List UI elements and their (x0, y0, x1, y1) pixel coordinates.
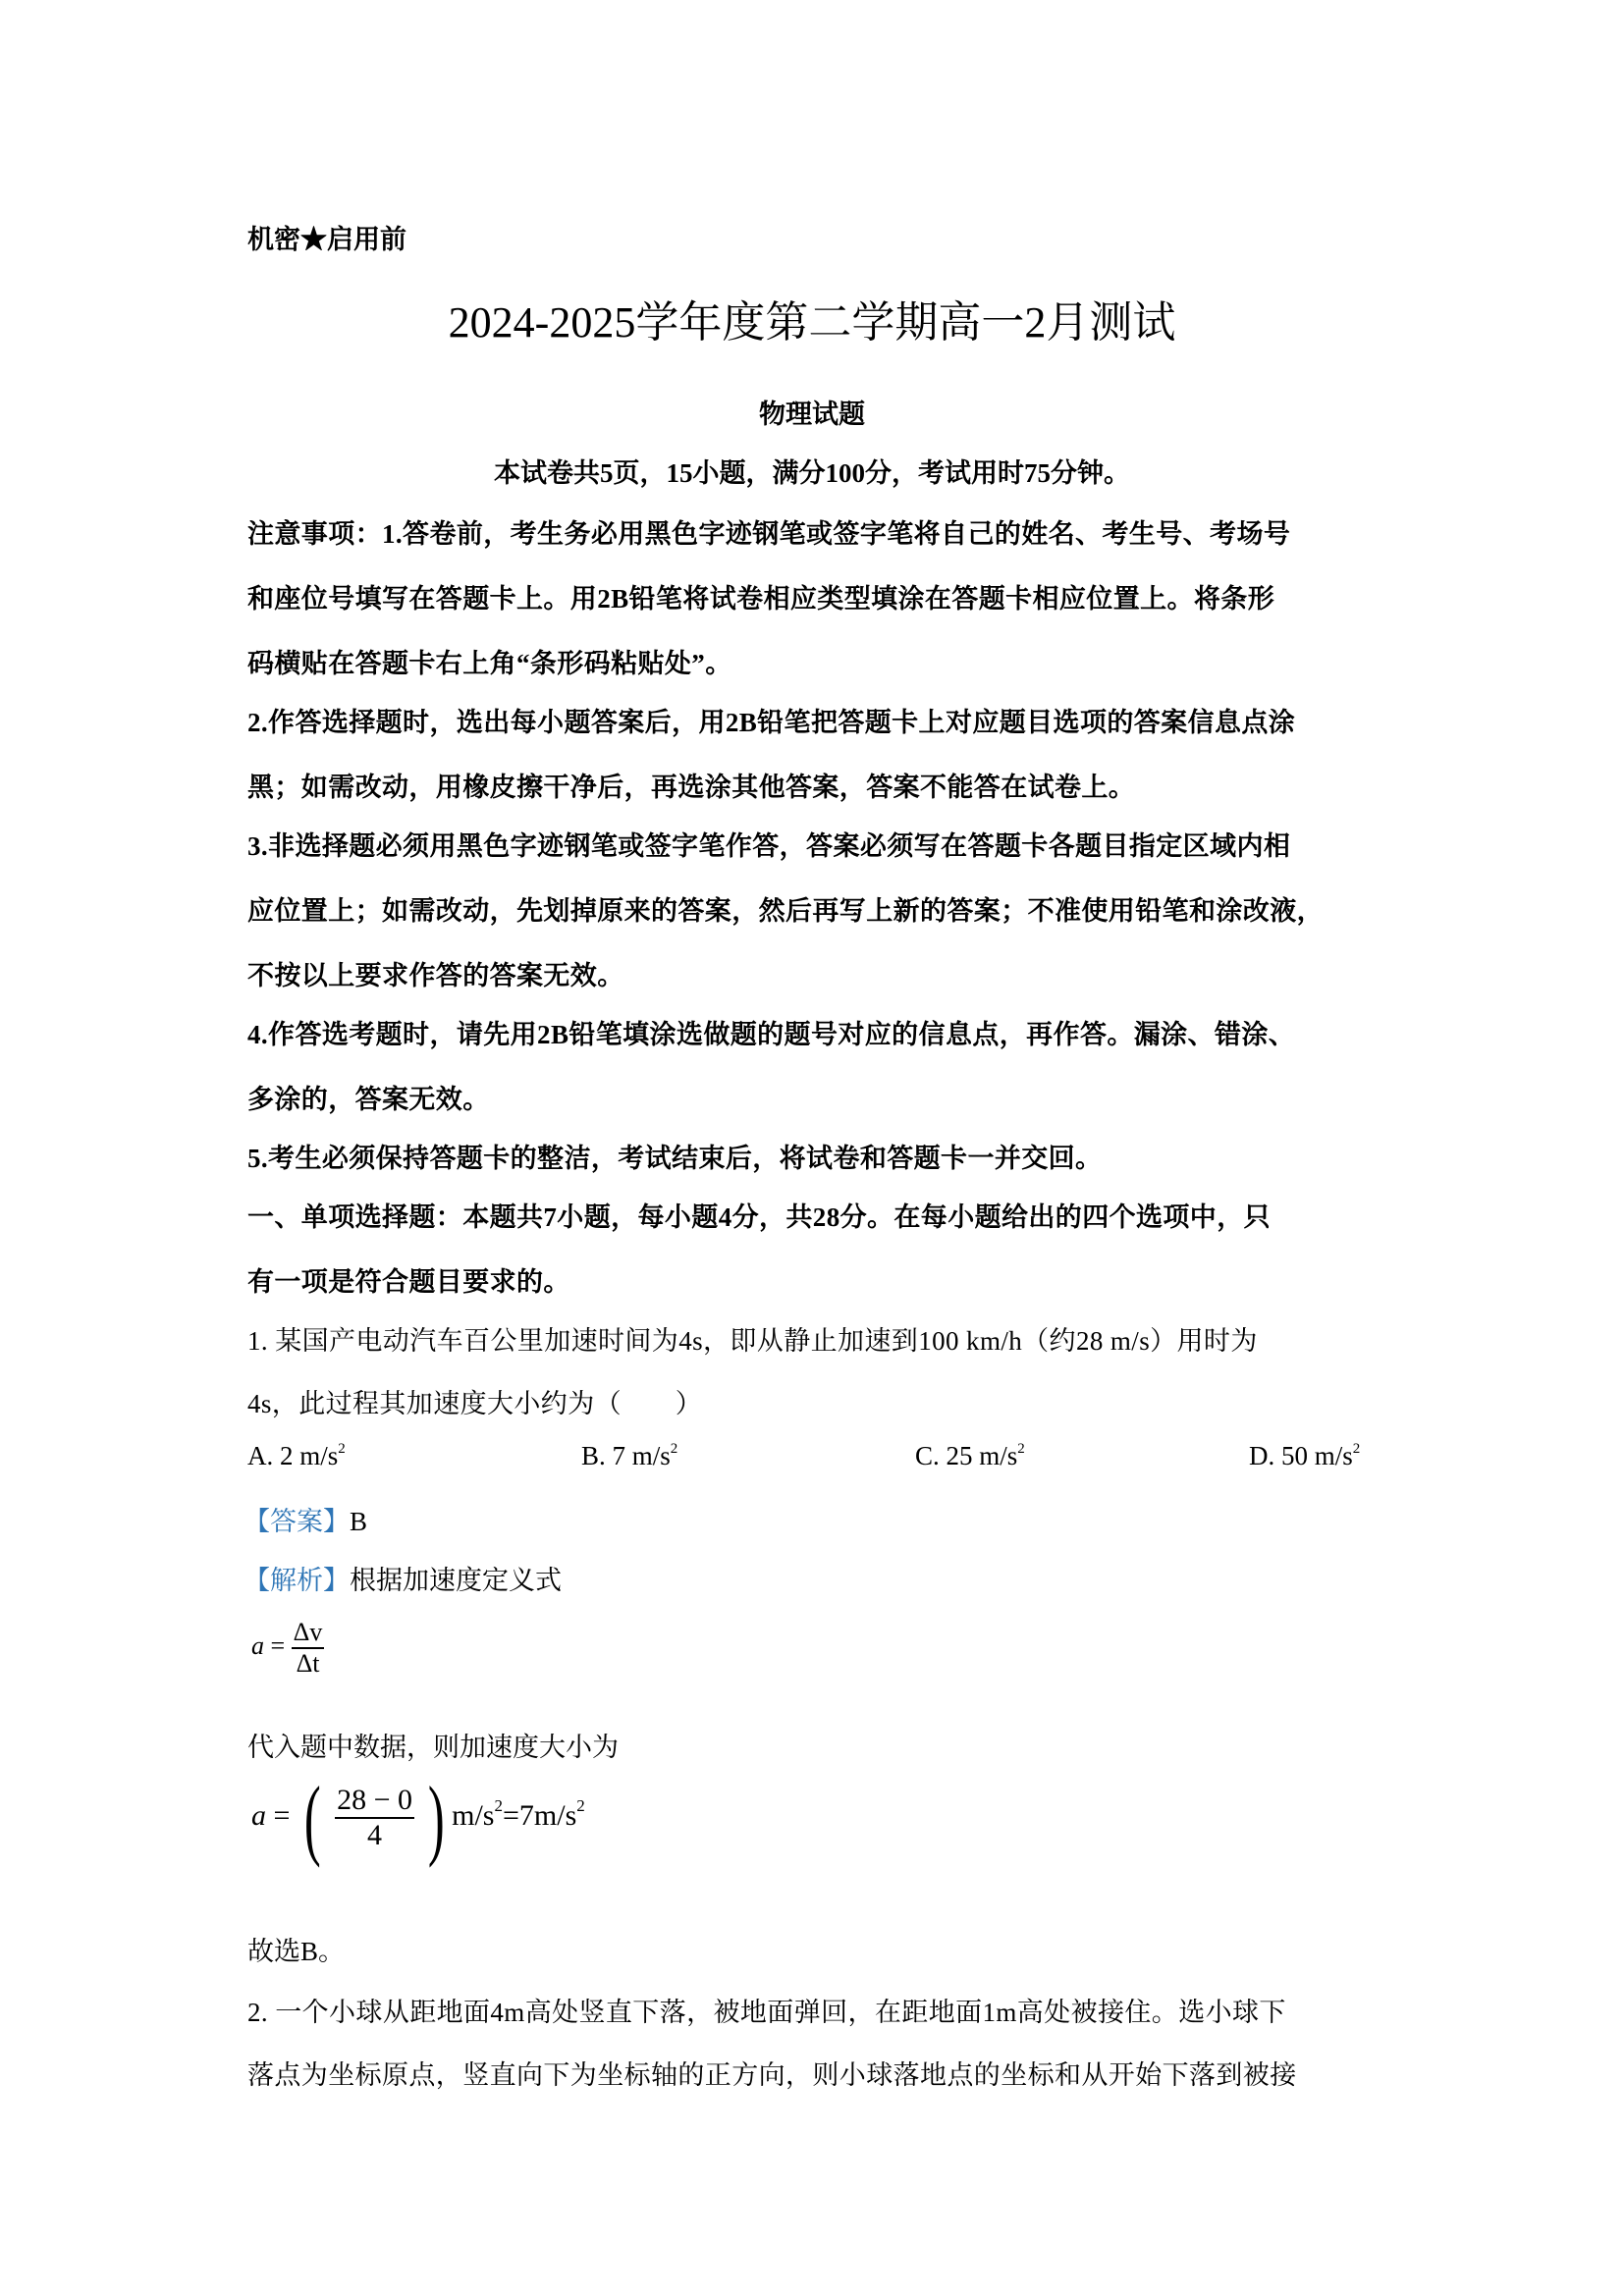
formula-acceleration-result: a = ( 28 − 0 4 )m/s2=7m/s2 (251, 1773, 585, 1863)
fraction: Δv Δt (292, 1618, 325, 1679)
answer-tag: 答案 (270, 1507, 323, 1536)
analysis-line: 【解析】根据加速度定义式 (244, 1559, 562, 1597)
question-1-stem: 1. 某国产电动汽车百公里加速时间为4s，即从静止加速到100 km/h（约28… (247, 1319, 1258, 1358)
notice-line: 注意事项：1.答卷前，考生务必用黑色字迹钢笔或签字笔将自己的姓名、考生号、考场号 (247, 512, 1290, 551)
conclusion-text: 故选B。 (247, 1930, 345, 1968)
exam-page: 机密★启用前 2024-2025学年度第二学期高一2月测试 物理试题 本试卷共5… (0, 0, 1624, 2296)
notice-line: 不按以上要求作答的答案无效。 (247, 954, 624, 992)
analysis-text: 根据加速度定义式 (350, 1566, 562, 1595)
bracket-close-icon: 】 (323, 1566, 350, 1595)
notice-line: 3.非选择题必须用黑色字迹钢笔或签字笔作答，答案必须写在答题卡各题目指定区域内相 (247, 825, 1290, 863)
option-c: C. 25 m/s2 (915, 1441, 1025, 1471)
notice-line: 黑；如需改动，用橡皮擦干净后，再选涂其他答案，答案不能答在试卷上。 (247, 766, 1135, 804)
subject-title: 物理试题 (0, 393, 1624, 431)
section-heading: 一、单项选择题：本题共7小题，每小题4分，共28分。在每小题给出的四个选项中，只 (247, 1196, 1271, 1234)
bracket-close-icon: 】 (323, 1507, 350, 1536)
question-2-stem: 落点为坐标原点，竖直向下为坐标轴的正方向，则小球落地点的坐标和从开始下落到被接 (247, 2054, 1297, 2092)
question-1-stem: 4s，此过程其加速度大小约为（ ） (247, 1382, 702, 1420)
notice-line: 码横贴在答题卡右上角“条形码粘贴处”。 (247, 642, 732, 680)
section-heading: 有一项是符合题目要求的。 (247, 1260, 570, 1299)
answer-line: 【答案】B (244, 1500, 367, 1538)
analysis-tag: 解析 (270, 1566, 323, 1595)
notice-line: 和座位号填写在答题卡上。用2B铅笔将试卷相应类型填涂在答题卡相应位置上。将条形 (247, 577, 1274, 615)
bracket-open-icon: 【 (244, 1507, 270, 1536)
notice-line: 应位置上；如需改动，先划掉原来的答案，然后再写上新的答案；不准使用铅笔和涂改液， (247, 889, 1324, 928)
bracket-open-icon: 【 (244, 1566, 270, 1595)
option-b: B. 7 m/s2 (581, 1441, 677, 1471)
answer-value: B (350, 1507, 367, 1536)
exam-info: 本试卷共5页，15小题，满分100分，考试用时75分钟。 (0, 452, 1624, 490)
exam-title: 2024-2025学年度第二学期高一2月测试 (0, 287, 1624, 349)
notice-line: 5.考生必须保持答题卡的整洁，考试结束后，将试卷和答题卡一并交回。 (247, 1137, 1102, 1175)
notice-line: 4.作答选考题时，请先用2B铅笔填涂选做题的题号对应的信息点，再作答。漏涂、错涂… (247, 1013, 1295, 1051)
question-2-stem: 2. 一个小球从距地面4m高处竖直下落，被地面弹回，在距地面1m高处被接住。选小… (247, 1991, 1286, 2029)
confidential-label: 机密★启用前 (247, 218, 406, 256)
substitute-text: 代入题中数据，则加速度大小为 (247, 1726, 619, 1764)
notice-line: 多涂的，答案无效。 (247, 1078, 490, 1116)
paren-open-icon: ( (304, 1773, 321, 1863)
formula-acceleration-definition: a = Δv Δt (251, 1618, 324, 1679)
notice-line: 2.作答选择题时，选出每小题答案后，用2B铅笔把答题卡上对应题目选项的答案信息点… (247, 701, 1295, 739)
option-a: A. 2 m/s2 (247, 1441, 346, 1471)
paren-close-icon: ) (428, 1773, 445, 1863)
fraction: 28 − 0 4 (335, 1784, 414, 1852)
option-d: D. 50 m/s2 (1249, 1441, 1360, 1471)
